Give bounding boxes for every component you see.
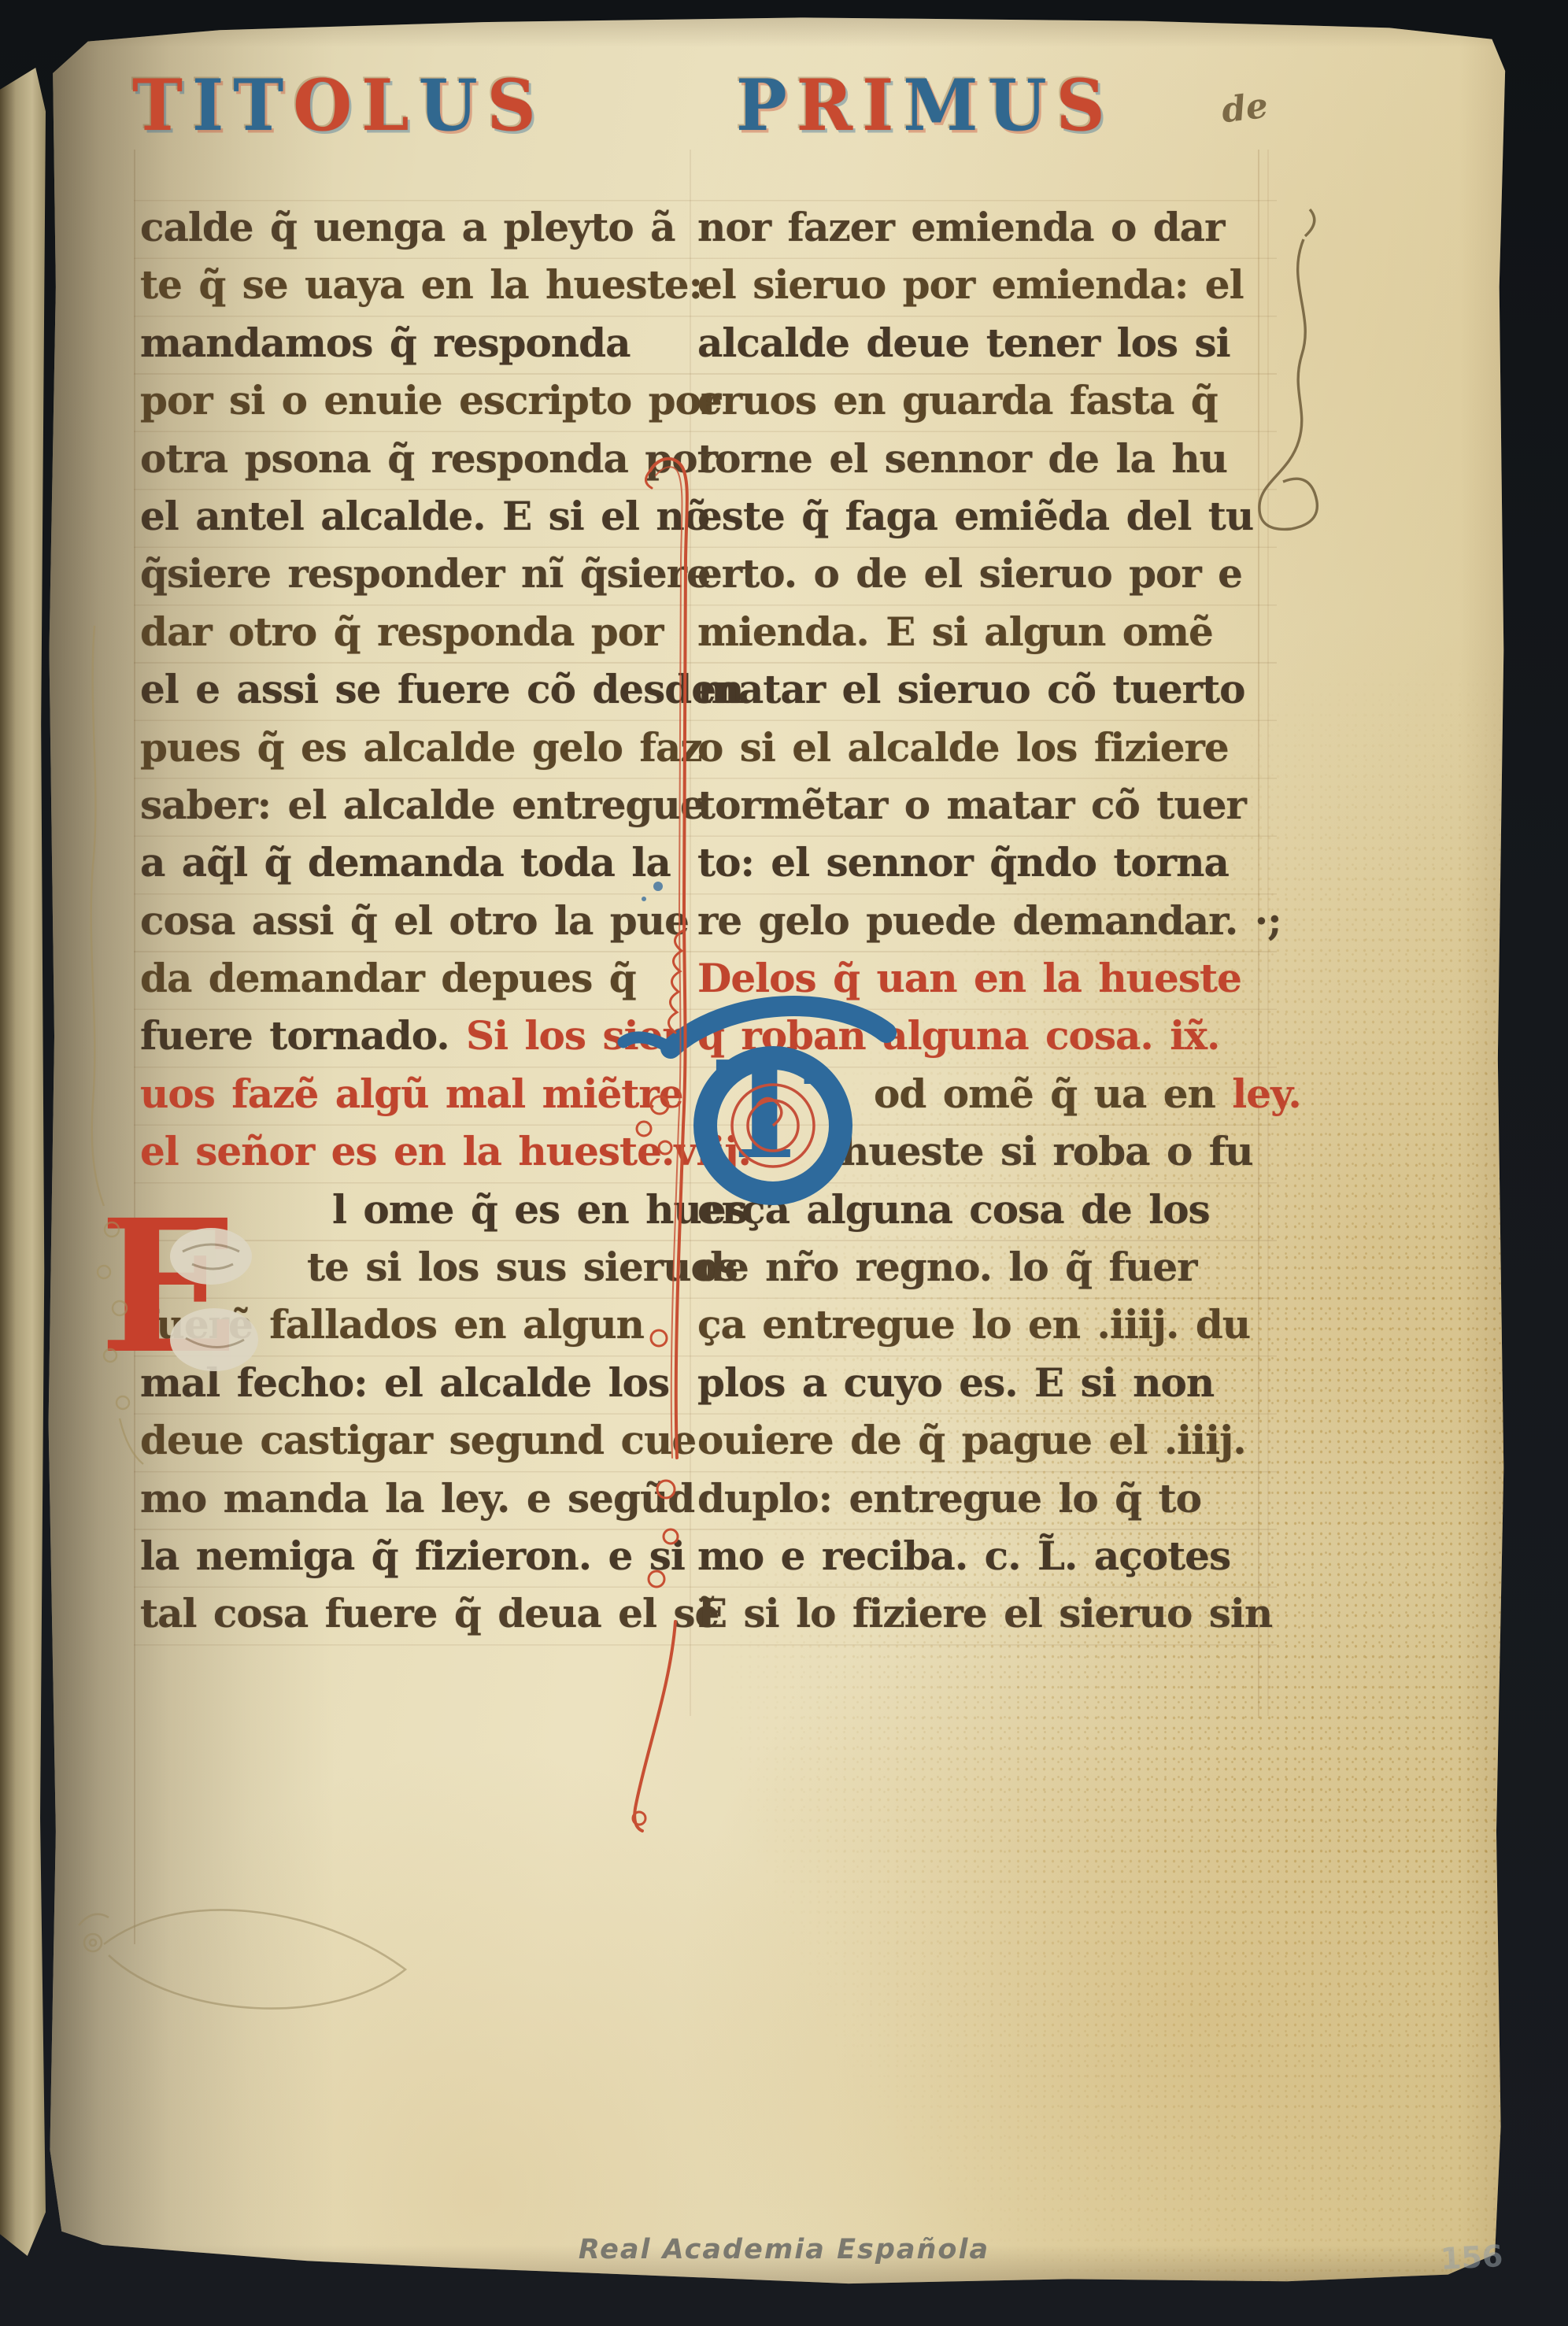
title-letter: I [862, 65, 903, 147]
text-line: por si o enuie escripto por [140, 372, 696, 429]
text-line: duplo: entregue lo q̃ to [697, 1470, 1261, 1527]
text-segment: eruos en guarda fasta q̃ [697, 377, 1218, 423]
text-line: dar otro q̃ responda por [140, 603, 696, 660]
text-segment: Si los sier [466, 1012, 682, 1059]
text-line: nor fazer emienda o dar [697, 198, 1261, 256]
title-letter: R [797, 65, 862, 147]
text-segment: Delos q̃ uan en la hueste [697, 955, 1241, 1001]
title-letter: S [487, 65, 545, 147]
text-line: pues q̃ es alcalde gelo faz [140, 719, 696, 776]
text-segment: nor fazer emienda o dar [697, 204, 1224, 250]
text-line: ça entregue lo en .iiij. du [697, 1296, 1261, 1353]
text-line: o si el alcalde los fiziere [697, 719, 1261, 776]
text-segment: el antel alcalde. E si el nõ [140, 493, 709, 539]
text-segment: mo manda la ley. e segũd [140, 1475, 694, 1522]
title-letter: P [736, 65, 797, 147]
text-segment: q̃ roban alguna cosa. ix̃. [697, 1012, 1219, 1059]
text-line: q̃ roban alguna cosa. ix̃. [697, 1007, 1261, 1064]
text-line: te si los sus sieruos [140, 1238, 696, 1296]
text-line: calde q̃ uenga a pleyto ã [140, 198, 696, 256]
text-segment: este q̃ faga emiẽda del tu [697, 493, 1253, 539]
title-letter: I [192, 65, 233, 147]
text-segment: fuerẽ fallados en algun [140, 1301, 644, 1348]
text-line: uos fazẽ algũ mal miẽtre [140, 1065, 696, 1122]
text-segment: calde q̃ uenga a pleyto ã [140, 204, 675, 250]
text-segment: to: el sennor q̃ndo torna [697, 839, 1229, 886]
text-segment: ley. [1232, 1071, 1301, 1117]
text-segment: duplo: entregue lo q̃ to [697, 1475, 1201, 1522]
text-line: hueste si roba o fu [697, 1122, 1261, 1180]
text-line: erça alguna cosa de los [697, 1181, 1261, 1238]
text-segment: saber: el alcalde entregue [140, 782, 704, 828]
text-segment: alcalde deue tener los si [697, 320, 1230, 366]
text-line: cosa assi q̃ el otro la pue [140, 892, 696, 949]
page-heading-titulus: TITOLUS [132, 66, 545, 146]
text-segment: a aq̃l q̃ demanda toda la [140, 839, 671, 886]
text-segment: da demandar depues q̃ [140, 955, 636, 1001]
text-line: to: el sennor q̃ndo torna [697, 834, 1261, 891]
text-line: l ome q̃ es en hues [140, 1181, 696, 1238]
text-segment: mienda. E si algun omẽ [697, 608, 1213, 655]
text-line: alcalde deue tener los si [697, 314, 1261, 372]
text-segment: mal fecho: el alcalde los [140, 1359, 669, 1406]
library-watermark: Real Academia Española [0, 2234, 1568, 2265]
text-segment: mandamos q̃ responda [140, 320, 631, 366]
text-column-right: nor fazer emienda o darel sieruo por emi… [697, 198, 1261, 1643]
text-segment: deue castigar segund cue [140, 1417, 696, 1463]
text-segment: o si el alcalde los fiziere [697, 724, 1229, 771]
text-segment: dar otro q̃ responda por [140, 608, 663, 655]
text-line: mo manda la ley. e segũd [140, 1470, 696, 1527]
text-line: da demandar depues q̃ [140, 949, 696, 1007]
text-segment: erto. o de el sieruo por e [697, 550, 1242, 597]
text-line: a aq̃l q̃ demanda toda la [140, 834, 696, 891]
text-segment: re gelo puede demandar. ·; [697, 897, 1281, 944]
text-line: mo e reciba. c. L̃. açotes [697, 1527, 1261, 1585]
text-segment: uos fazẽ algũ mal miẽtre [140, 1071, 683, 1117]
text-segment: torne el sennor de la hu [697, 435, 1227, 482]
text-line: te q̃ se uaya en la hueste: [140, 256, 696, 313]
text-segment: por si o enuie escripto por [140, 377, 720, 423]
text-segment: el e assi se fuere cõ desden [140, 666, 743, 712]
text-line: plos a cuyo es. E si non [697, 1354, 1261, 1411]
text-segment: E si lo fiziere el sieruo sin [697, 1590, 1272, 1636]
text-segment: fuere tornado. [140, 1012, 466, 1059]
text-segment: ça entregue lo en .iiij. du [697, 1301, 1250, 1348]
text-line: mandamos q̃ responda [140, 314, 696, 372]
text-segment: matar el sieruo cõ tuerto [697, 666, 1244, 712]
text-line: mal fecho: el alcalde los [140, 1354, 696, 1411]
title-letter: T [132, 65, 192, 147]
title-letter: U [988, 65, 1056, 147]
text-segment: od omẽ q̃ ua en [874, 1071, 1232, 1117]
text-line: q̃siere responder nĩ q̃siere [140, 545, 696, 602]
text-line: el señor es en la hueste.viij. [140, 1122, 696, 1180]
text-column-left: calde q̃ uenga a pleyto ãte q̃ se uaya e… [140, 198, 696, 1643]
text-line: Delos q̃ uan en la hueste [697, 949, 1261, 1007]
text-segment: tal cosa fuere q̃ deua el sẽ [140, 1590, 719, 1636]
text-segment: plos a cuyo es. E si non [697, 1359, 1214, 1406]
text-segment: hueste si roba o fu [841, 1128, 1253, 1174]
text-line: el antel alcalde. E si el nõ [140, 487, 696, 545]
text-segment: l ome q̃ es en hues [332, 1186, 747, 1233]
text-line: otra psona q̃ responda por [140, 430, 696, 487]
text-line: ouiere de q̃ pague el .iiij. [697, 1411, 1261, 1469]
text-line: tal cosa fuere q̃ deua el sẽ [140, 1585, 696, 1642]
text-segment: pues q̃ es alcalde gelo faz [140, 724, 702, 771]
title-letter: U [419, 65, 487, 147]
text-line: mienda. E si algun omẽ [697, 603, 1261, 660]
text-segment: cosa assi q̃ el otro la pue [140, 897, 689, 944]
text-segment: te si los sus sieruos [307, 1244, 738, 1290]
text-line: matar el sieruo cõ tuerto [697, 660, 1261, 718]
text-segment: el señor es en la hueste.viij. [140, 1128, 751, 1174]
text-segment: tormẽtar o matar cõ tuer [697, 782, 1246, 828]
text-line: eruos en guarda fasta q̃ [697, 372, 1261, 429]
text-segment: de nr̃o regno. lo q̃ fuer [697, 1244, 1197, 1290]
text-line: fuerẽ fallados en algun [140, 1296, 696, 1353]
text-segment: la nemiga q̃ fizieron. e si [140, 1533, 685, 1579]
text-line: deue castigar segund cue [140, 1411, 696, 1469]
text-line: re gelo puede demandar. ·; [697, 892, 1261, 949]
text-line: este q̃ faga emiẽda del tu [697, 487, 1261, 545]
previous-page-edge [0, 68, 46, 2256]
text-line: E si lo fiziere el sieruo sin [697, 1585, 1261, 1642]
text-segment: te q̃ se uaya en la hueste: [140, 261, 702, 308]
title-letter: S [1056, 65, 1115, 147]
text-line: la nemiga q̃ fizieron. e si [140, 1527, 696, 1585]
text-segment: otra psona q̃ responda por [140, 435, 717, 482]
photo-background: TITOLUS PRIMUS de calde q̃ uenga a pleyt… [0, 0, 1568, 2326]
text-segment: mo e reciba. c. L̃. açotes [697, 1533, 1230, 1579]
title-letter: O [293, 65, 361, 147]
text-segment: el sieruo por emienda: el [697, 261, 1244, 308]
text-line: od omẽ q̃ ua en ley. [697, 1065, 1261, 1122]
text-line: saber: el alcalde entregue [140, 776, 696, 834]
text-line: el e assi se fuere cõ desden [140, 660, 696, 718]
title-letter: T [233, 65, 293, 147]
title-letter: L [361, 65, 418, 147]
text-line: erto. o de el sieruo por e [697, 545, 1261, 602]
text-line: fuere tornado. Si los sier [140, 1007, 696, 1064]
title-letter: M [903, 65, 987, 147]
quire-mark: de [1219, 86, 1270, 131]
text-segment: ouiere de q̃ pague el .iiij. [697, 1417, 1246, 1463]
page-heading-primus: PRIMUS [736, 66, 1115, 146]
text-line: torne el sennor de la hu [697, 430, 1261, 487]
text-line: tormẽtar o matar cõ tuer [697, 776, 1261, 834]
text-segment: erça alguna cosa de los [697, 1186, 1210, 1233]
text-line: de nr̃o regno. lo q̃ fuer [697, 1238, 1261, 1296]
text-line: el sieruo por emienda: el [697, 256, 1261, 313]
text-segment: q̃siere responder nĩ q̃siere [140, 550, 711, 597]
folio-number: 156 [1440, 2239, 1504, 2276]
